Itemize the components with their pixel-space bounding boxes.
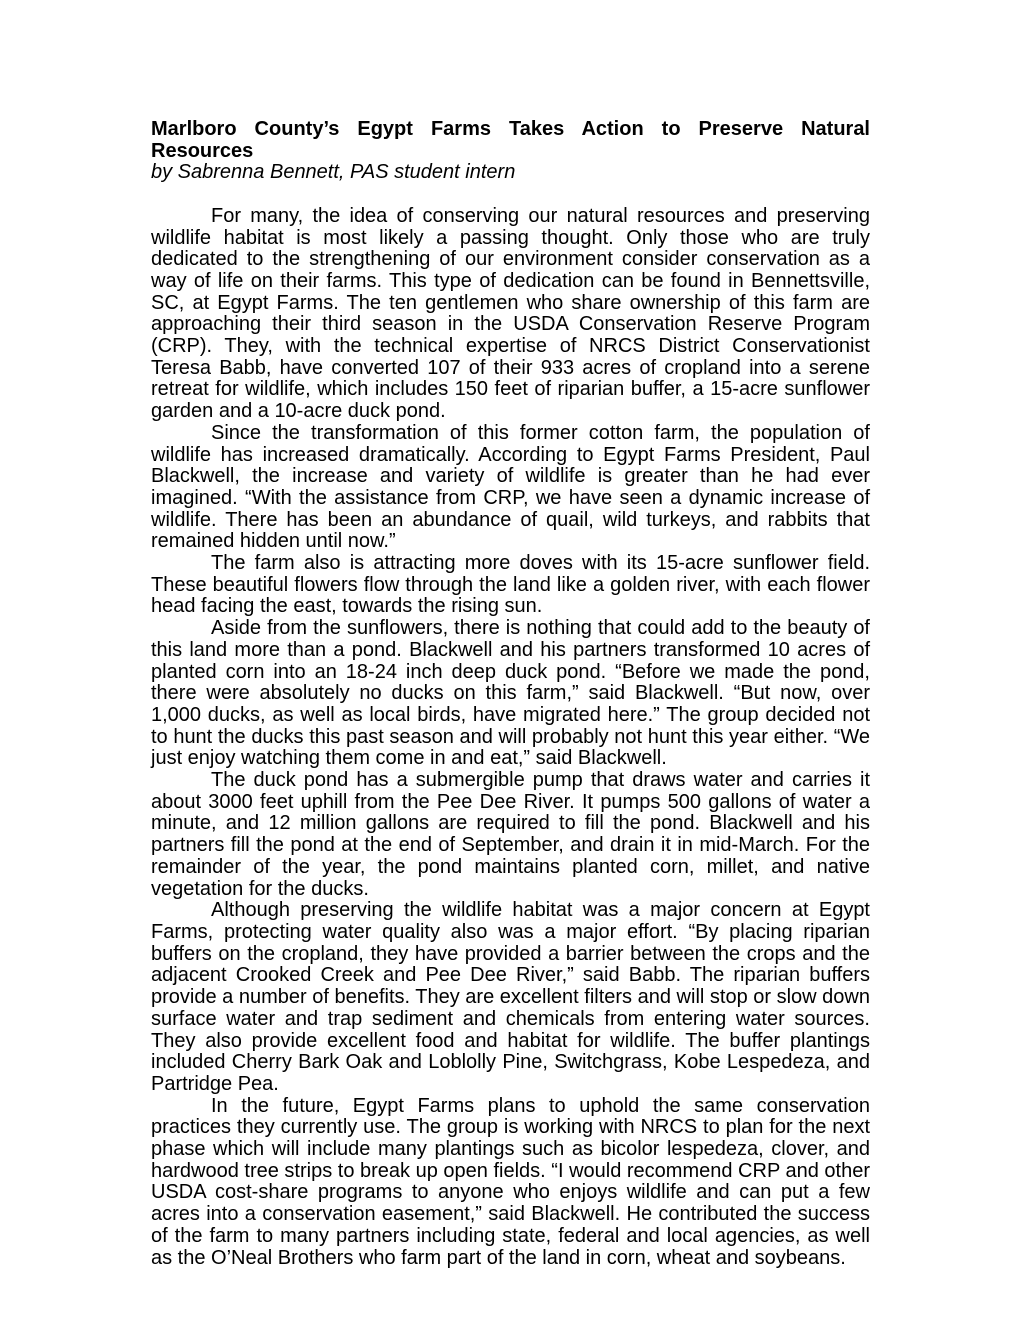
document-page: Marlboro County’s Egypt Farms Takes Acti… [0,0,1020,1320]
paragraph-2: Since the transformation of this former … [151,423,870,553]
paragraph-6: Although preserving the wildlife habitat… [151,900,870,1095]
paragraph-4: Aside from the sunflowers, there is noth… [151,618,870,770]
paragraph-3: The farm also is attracting more doves w… [151,553,870,618]
paragraph-5: The duck pond has a submergible pump tha… [151,770,870,900]
document-title: Marlboro County’s Egypt Farms Takes Acti… [151,119,870,162]
document-byline: by Sabrenna Bennett, PAS student intern [151,162,870,184]
paragraph-7: In the future, Egypt Farms plans to upho… [151,1096,870,1270]
paragraph-1: For many, the idea of conserving our nat… [151,206,870,423]
